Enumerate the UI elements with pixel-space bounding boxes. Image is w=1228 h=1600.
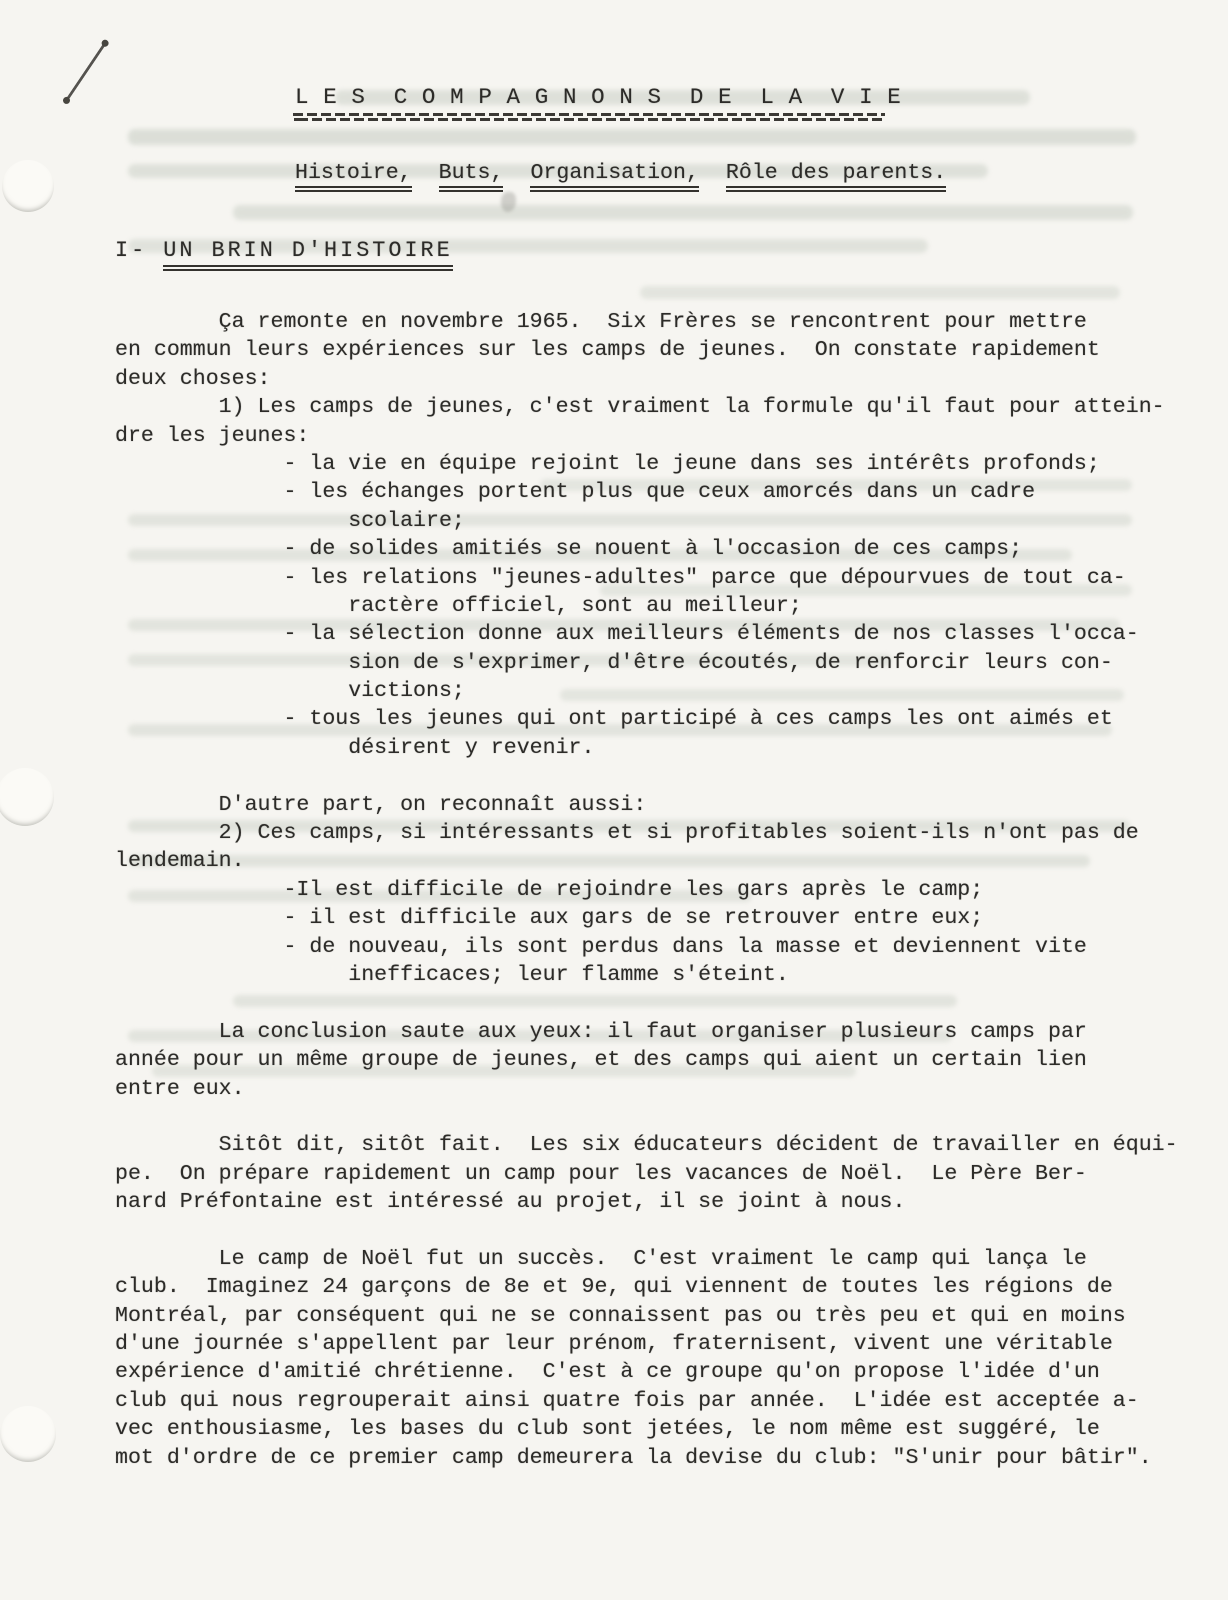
subtitle-segment: Organisation, xyxy=(530,161,698,192)
body-line: 2) Ces camps, si intéressants et si prof… xyxy=(115,819,1175,847)
body-line xyxy=(115,762,1175,790)
body-line: ractère officiel, sont au meilleur; xyxy=(115,592,1175,620)
body-line: - la vie en équipe rejoint le jeune dans… xyxy=(115,450,1175,478)
body-line xyxy=(115,1217,1175,1245)
section-number: I- xyxy=(115,238,163,263)
body-line: vec enthousiasme, les bases du club sont… xyxy=(115,1415,1175,1443)
title-underline-dashes xyxy=(293,113,885,121)
body-line: - les relations "jeunes-adultes" parce q… xyxy=(115,564,1175,592)
body-line: - il est difficile aux gars de se retrou… xyxy=(115,904,1175,932)
body-line: en commun leurs expériences sur les camp… xyxy=(115,336,1175,364)
section-heading: I- UN BRIN D'HISTOIRE xyxy=(115,238,1175,271)
body-line: victions; xyxy=(115,677,1175,705)
body-line: D'autre part, on reconnaît aussi: xyxy=(115,791,1175,819)
body-line: - de nouveau, ils sont perdus dans la ma… xyxy=(115,933,1175,961)
body-line: d'une journée s'appellent par leur préno… xyxy=(115,1330,1175,1358)
document-title: L E S C O M P A G N O N S D E L A V I E xyxy=(295,84,1175,110)
body-line: club. Imaginez 24 garçons de 8e et 9e, q… xyxy=(115,1273,1175,1301)
body-line: entre eux. xyxy=(115,1075,1175,1103)
body-line: scolaire; xyxy=(115,507,1175,535)
body-line: mot d'ordre de ce premier camp demeurera… xyxy=(115,1444,1175,1472)
body-line: 1) Les camps de jeunes, c'est vraiment l… xyxy=(115,393,1175,421)
body-line: expérience d'amitié chrétienne. C'est à … xyxy=(115,1358,1175,1386)
document-body: Ça remonte en novembre 1965. Six Frères … xyxy=(115,308,1175,1472)
punch-hole-top xyxy=(2,160,54,212)
body-line: Ça remonte en novembre 1965. Six Frères … xyxy=(115,308,1175,336)
body-line: année pour un même groupe de jeunes, et … xyxy=(115,1046,1175,1074)
punch-hole-middle xyxy=(0,768,54,826)
body-line: deux choses: xyxy=(115,365,1175,393)
subtitle-segment: Buts, xyxy=(439,161,504,192)
body-line: inefficaces; leur flamme s'éteint. xyxy=(115,961,1175,989)
body-line: sion de s'exprimer, d'être écoutés, de r… xyxy=(115,649,1175,677)
body-line xyxy=(115,1103,1175,1131)
body-line: désirent y revenir. xyxy=(115,734,1175,762)
body-line: club qui nous regrouperait ainsi quatre … xyxy=(115,1387,1175,1415)
body-line: Montréal, par conséquent qui ne se conna… xyxy=(115,1302,1175,1330)
punch-hole-bottom xyxy=(0,1406,56,1462)
scanned-page: L E S C O M P A G N O N S D E L A V I E … xyxy=(0,0,1228,1600)
body-line: -Il est difficile de rejoindre les gars … xyxy=(115,876,1175,904)
subtitle-segment: Rôle des parents. xyxy=(726,161,946,192)
subtitle-segment: Histoire, xyxy=(295,161,412,192)
body-line: pe. On prépare rapidement un camp pour l… xyxy=(115,1160,1175,1188)
body-line: dre les jeunes: xyxy=(115,422,1175,450)
body-line xyxy=(115,989,1175,1017)
document-content: L E S C O M P A G N O N S D E L A V I E … xyxy=(115,0,1175,1472)
body-line: Le camp de Noël fut un succès. C'est vra… xyxy=(115,1245,1175,1273)
body-line: - les échanges portent plus que ceux amo… xyxy=(115,478,1175,506)
body-line: nard Préfontaine est intéressé au projet… xyxy=(115,1188,1175,1216)
body-line: Sitôt dit, sitôt fait. Les six éducateur… xyxy=(115,1131,1175,1159)
section-title: UN BRIN D'HISTOIRE xyxy=(163,238,452,271)
staple-mark xyxy=(65,42,107,102)
document-subtitle: Histoire,Buts,Organisation,Rôle des pare… xyxy=(295,161,1175,192)
body-line: - de solides amitiés se nouent à l'occas… xyxy=(115,535,1175,563)
body-line: lendemain. xyxy=(115,847,1175,875)
body-line: - la sélection donne aux meilleurs éléme… xyxy=(115,620,1175,648)
body-line: La conclusion saute aux yeux: il faut or… xyxy=(115,1018,1175,1046)
body-line: - tous les jeunes qui ont participé à ce… xyxy=(115,705,1175,733)
